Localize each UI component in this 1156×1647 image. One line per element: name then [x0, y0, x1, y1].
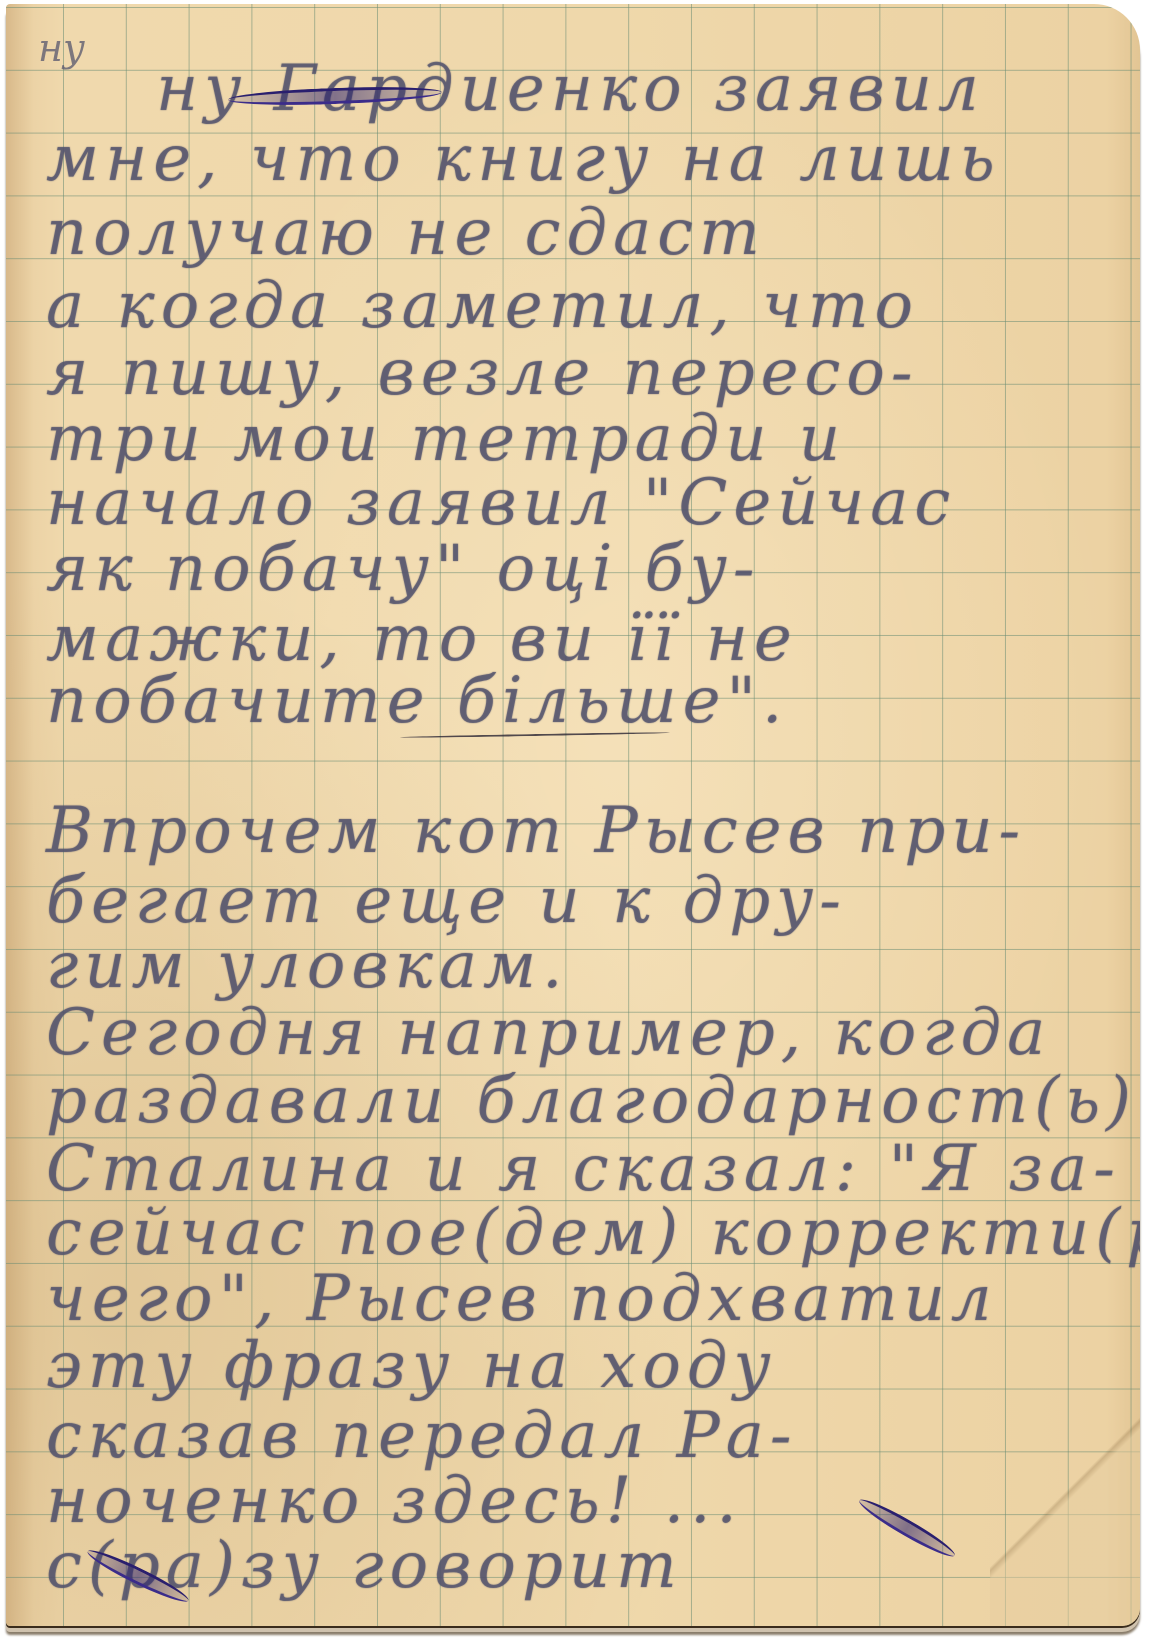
- handwriting-line: як побачу" оці бу-: [46, 532, 760, 606]
- handwriting-line: сказав передал Ра-: [46, 1399, 797, 1473]
- handwriting-line: три мои тетради и: [46, 402, 846, 476]
- handwriting-line: бегает еще и к дру-: [46, 864, 847, 938]
- handwriting-line: чего", Рысев подхватил: [46, 1262, 998, 1336]
- handwriting-line: гим уловкам.: [46, 929, 568, 1003]
- handwriting-line: а когда заметил, что: [46, 269, 919, 343]
- page-marker: ну: [38, 26, 85, 70]
- handwriting-line: Сегодня например, когда: [46, 996, 1051, 1070]
- handwriting-line: мне, что книгу на лишь: [46, 122, 1001, 196]
- handwritten-text: ну Гардиенко заявил мне, что книгу на ли…: [6, 4, 1140, 1626]
- handwriting-line: ноченко здесь! ...: [46, 1464, 743, 1538]
- handwriting-line: сейчас пое(дем) корректи(ровать) ни-: [46, 1196, 1140, 1270]
- notebook-page: ну Гардиенко заявил мне, что книгу на ли…: [6, 4, 1140, 1626]
- handwriting-line: побачите більше".: [46, 664, 788, 738]
- handwriting-line: раздавали благодарност(ь) т.: [46, 1064, 1140, 1138]
- handwriting-line: ну Гардиенко заявил: [156, 52, 985, 126]
- handwriting-line: с(ра)зу говорит: [46, 1529, 683, 1603]
- handwriting-line: я пишу, везле пересо-: [46, 336, 919, 410]
- handwriting-line: эту фразу на ходу: [46, 1329, 777, 1403]
- handwriting-line: получаю не сдаст: [46, 196, 766, 270]
- handwriting-line: Впрочем кот Рысев при-: [46, 794, 1026, 868]
- handwriting-line: Сталина и я сказал: "Я за-: [46, 1132, 1121, 1206]
- handwriting-line: начало заявил "Сейчас: [46, 466, 956, 540]
